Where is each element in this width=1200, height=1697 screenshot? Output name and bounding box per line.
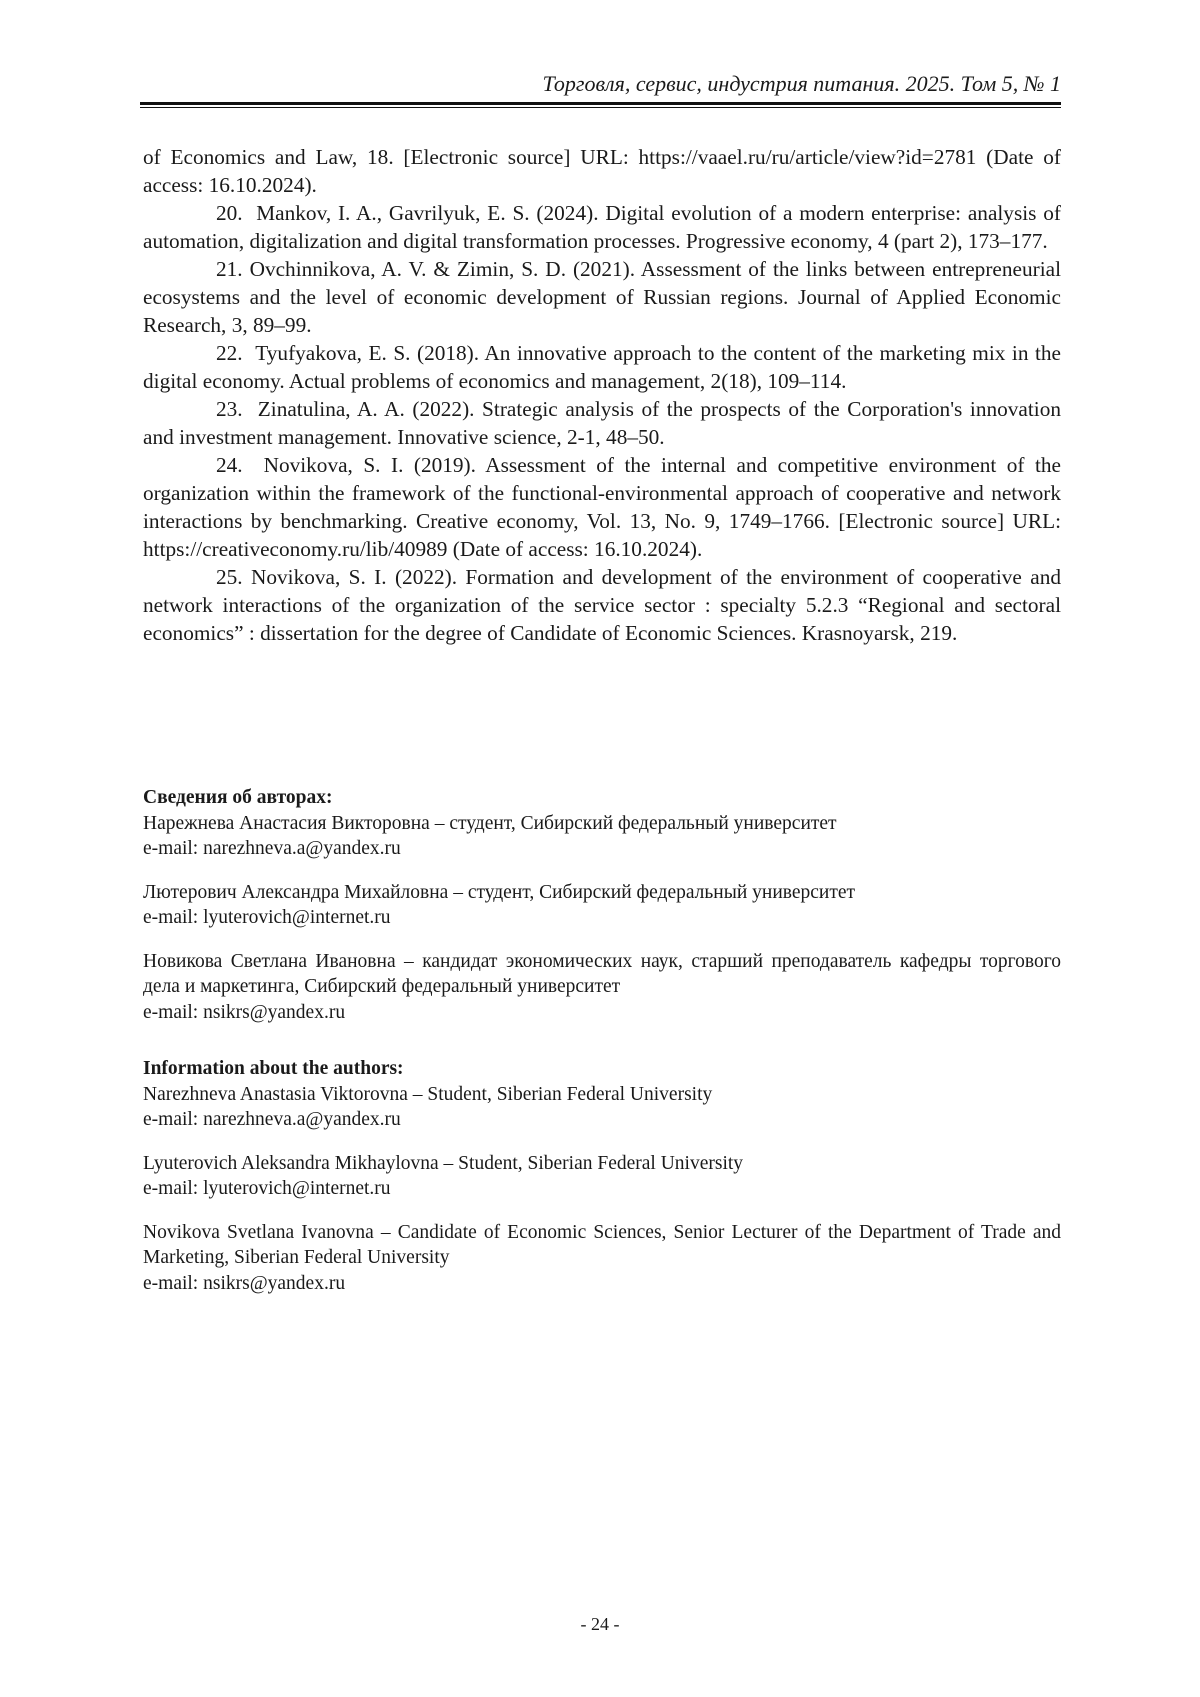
reference-number: 20. <box>216 201 243 225</box>
reference-item: 20. Mankov, I. A., Gavrilyuk, E. S. (202… <box>143 199 1061 255</box>
author-email: e-mail: lyuterovich@internet.ru <box>143 905 1061 931</box>
authors-info-ru: Сведения об авторах: Нарежнева Анастасия… <box>143 785 1061 1043</box>
reference-number: 24. <box>216 453 243 477</box>
author-entry: Narezhneva Anastasia Viktorovna – Studen… <box>143 1082 1061 1133</box>
author-description: Narezhneva Anastasia Viktorovna – Studen… <box>143 1082 1061 1108</box>
authors-info-en: Information about the authors: Narezhnev… <box>143 1056 1061 1314</box>
reference-list: of Economics and Law, 18. [Electronic so… <box>143 143 1061 647</box>
author-email: e-mail: nsikrs@yandex.ru <box>143 1000 1061 1026</box>
author-description: Lyuterovich Aleksandra Mikhaylovna – Stu… <box>143 1151 1061 1177</box>
author-entry: Нарежнева Анастасия Викторовна – студент… <box>143 811 1061 862</box>
reference-number: 25. <box>216 565 243 589</box>
reference-item: 21. Ovchinnikova, A. V. & Zimin, S. D. (… <box>143 255 1061 339</box>
reference-number: 22. <box>216 341 243 365</box>
header-rule-thin <box>140 107 1061 108</box>
reference-text: Novikova, S. I. (2019). Assessment of th… <box>143 453 1061 561</box>
author-description: Новикова Светлана Ивановна – кандидат эк… <box>143 949 1061 1000</box>
author-email: e-mail: narezhneva.a@yandex.ru <box>143 1107 1061 1133</box>
reference-continuation: of Economics and Law, 18. [Electronic so… <box>143 143 1061 199</box>
reference-text: Mankov, I. A., Gavrilyuk, E. S. (2024). … <box>143 201 1061 253</box>
reference-text: Tyufyakova, E. S. (2018). An innovative … <box>143 341 1061 393</box>
reference-item: 24. Novikova, S. I. (2019). Assessment o… <box>143 451 1061 563</box>
reference-number: 23. <box>216 397 243 421</box>
header-rule-thick <box>140 102 1061 105</box>
running-header: Торговля, сервис, индустрия питания. 202… <box>140 70 1061 98</box>
reference-item: 22. Tyufyakova, E. S. (2018). An innovat… <box>143 339 1061 395</box>
authors-heading-en: Information about the authors: <box>143 1056 1061 1082</box>
reference-number: 21. <box>216 257 243 281</box>
author-description: Novikova Svetlana Ivanovna – Candidate o… <box>143 1220 1061 1271</box>
reference-text: Zinatulina, A. A. (2022). Strategic anal… <box>143 397 1061 449</box>
header-rule <box>140 102 1061 108</box>
author-description: Лютерович Александра Михайловна – студен… <box>143 880 1061 906</box>
page-number: - 24 - <box>0 1612 1200 1636</box>
author-entry: Novikova Svetlana Ivanovna – Candidate o… <box>143 1220 1061 1297</box>
document-page: Торговля, сервис, индустрия питания. 202… <box>0 0 1200 1697</box>
reference-text: Novikova, S. I. (2022). Formation and de… <box>143 565 1061 645</box>
reference-text: Ovchinnikova, A. V. & Zimin, S. D. (2021… <box>143 257 1061 337</box>
reference-item: 25. Novikova, S. I. (2022). Formation an… <box>143 563 1061 647</box>
author-entry: Lyuterovich Aleksandra Mikhaylovna – Stu… <box>143 1151 1061 1202</box>
author-email: e-mail: nsikrs@yandex.ru <box>143 1271 1061 1297</box>
reference-item: 23. Zinatulina, A. A. (2022). Strategic … <box>143 395 1061 451</box>
authors-heading-ru: Сведения об авторах: <box>143 785 1061 811</box>
author-email: e-mail: lyuterovich@internet.ru <box>143 1176 1061 1202</box>
author-entry: Лютерович Александра Михайловна – студен… <box>143 880 1061 931</box>
author-entry: Новикова Светлана Ивановна – кандидат эк… <box>143 949 1061 1026</box>
author-description: Нарежнева Анастасия Викторовна – студент… <box>143 811 1061 837</box>
author-email: e-mail: narezhneva.a@yandex.ru <box>143 836 1061 862</box>
